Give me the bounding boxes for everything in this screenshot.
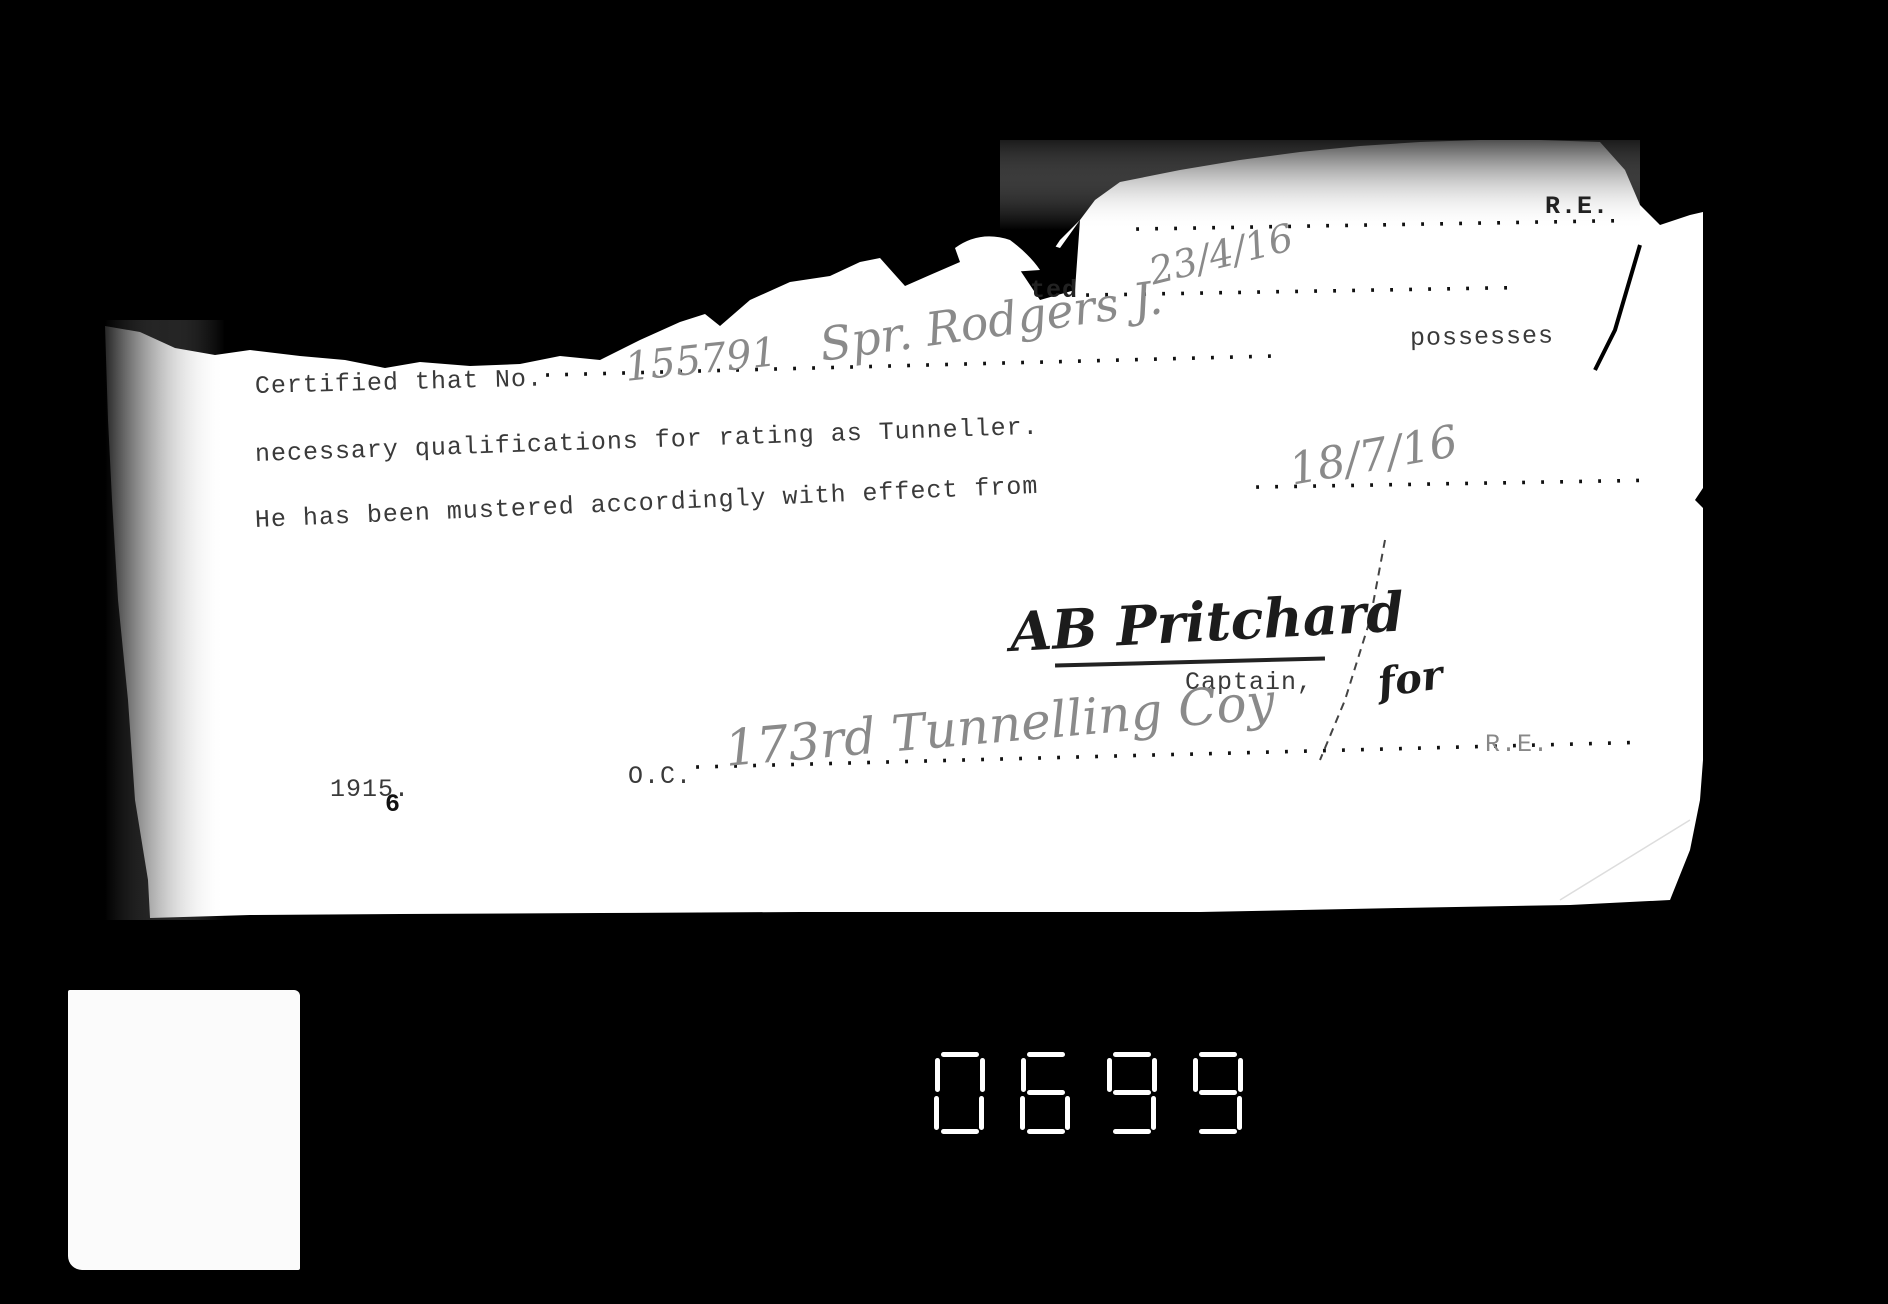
segment-e (934, 1096, 939, 1130)
segment-b (1152, 1058, 1157, 1092)
segment-f (1193, 1058, 1198, 1092)
segment-g (1113, 1090, 1151, 1095)
blank-card (68, 990, 300, 1270)
unit-header-re: R.E. (1545, 192, 1609, 221)
unit-re-suffix: R.E. (1485, 730, 1549, 759)
segment-c (1151, 1096, 1156, 1130)
segment-a (1113, 1052, 1151, 1057)
segment-d (1027, 1129, 1065, 1134)
segment-e (1020, 1096, 1025, 1130)
counter-digit (1106, 1052, 1158, 1134)
segment-a (1027, 1052, 1065, 1057)
segment-f (1021, 1058, 1026, 1092)
frame-counter (934, 1052, 1244, 1134)
counter-digit (1192, 1052, 1244, 1134)
year-correction: 6 (385, 790, 401, 819)
segment-g (1199, 1090, 1237, 1095)
segment-c (979, 1096, 984, 1130)
segment-f (935, 1058, 940, 1092)
segment-d (1199, 1129, 1237, 1134)
counter-digit (934, 1052, 986, 1134)
segment-a (941, 1052, 979, 1057)
segment-f (1107, 1058, 1112, 1092)
segment-d (941, 1129, 979, 1134)
for-handwritten: for (1375, 651, 1446, 707)
segment-c (1065, 1096, 1070, 1130)
segment-c (1237, 1096, 1242, 1130)
segment-b (1238, 1058, 1243, 1092)
possesses-label: possesses (1410, 321, 1555, 353)
segment-g (1027, 1090, 1065, 1095)
segment-a (1199, 1052, 1237, 1057)
segment-d (1113, 1129, 1151, 1134)
counter-digit (1020, 1052, 1072, 1134)
segment-b (980, 1058, 985, 1092)
oc-label: O.C. (628, 762, 692, 791)
